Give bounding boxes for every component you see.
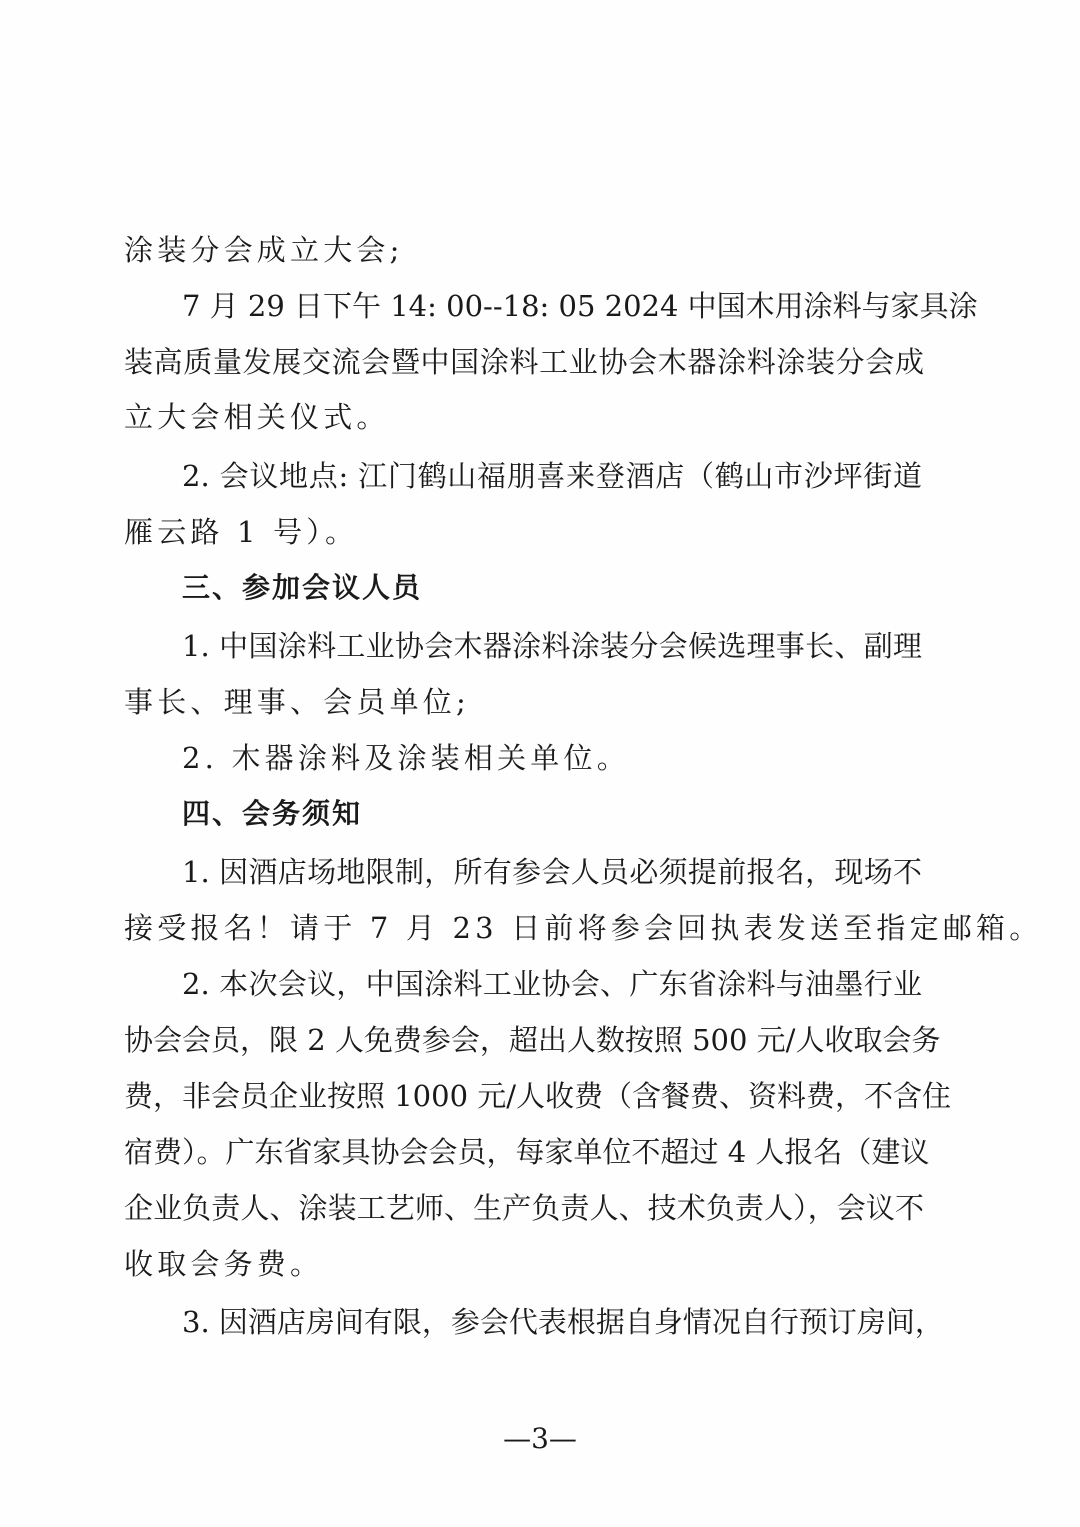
text-line: 雁云路 1 号）。: [124, 512, 924, 552]
text-line: 涂装分会成立大会;: [124, 230, 924, 270]
text-line: 2. 木器涂料及涂装相关单位。: [182, 738, 982, 778]
text-line: 立大会相关仪式。: [124, 397, 924, 437]
page-number: —3—: [0, 1419, 1080, 1459]
section-heading-notice: 四、会务须知: [182, 794, 982, 834]
text-line: 费，非会员企业按照 1000 元/人收费（含餐费、资料费，不含住: [124, 1076, 924, 1116]
text-line: 宿费）。广东省家具协会会员，每家单位不超过 4 人报名（建议: [124, 1132, 924, 1172]
venue-line: 2. 会议地点: 江门鹤山福朋喜来登酒店（鹤山市沙坪街道: [182, 456, 922, 496]
text-line: 接受报名！请于 7 月 23 日前将参会回执表发送至指定邮箱。: [124, 908, 924, 948]
text-line: 1. 中国涂料工业协会木器涂料涂装分会候选理事长、副理: [182, 626, 922, 666]
text-line: 事长、理事、会员单位;: [124, 682, 924, 722]
text-line: 协会会员，限 2 人免费参会，超出人数按照 500 元/人收取会务: [124, 1020, 924, 1060]
text-line: 1. 因酒店场地限制，所有参会人员必须提前报名，现场不: [182, 852, 922, 892]
text-line: 企业负责人、涂装工艺师、生产负责人、技术负责人），会议不: [124, 1188, 924, 1228]
section-heading-attendees: 三、参加会议人员: [182, 568, 982, 608]
text-line: 收取会务费。: [124, 1244, 924, 1284]
schedule-line: 7 月 29 日下午 14: 00--18: 05 2024 中国木用涂料与家具…: [182, 286, 922, 326]
document-page: 涂装分会成立大会; 7 月 29 日下午 14: 00--18: 05 2024…: [0, 0, 1080, 1527]
text-line: 3. 因酒店房间有限，参会代表根据自身情况自行预订房间，: [182, 1302, 922, 1342]
text-line: 2. 本次会议，中国涂料工业协会、广东省涂料与油墨行业: [182, 964, 922, 1004]
text-line: 装高质量发展交流会暨中国涂料工业协会木器涂料涂装分会成: [124, 342, 924, 382]
